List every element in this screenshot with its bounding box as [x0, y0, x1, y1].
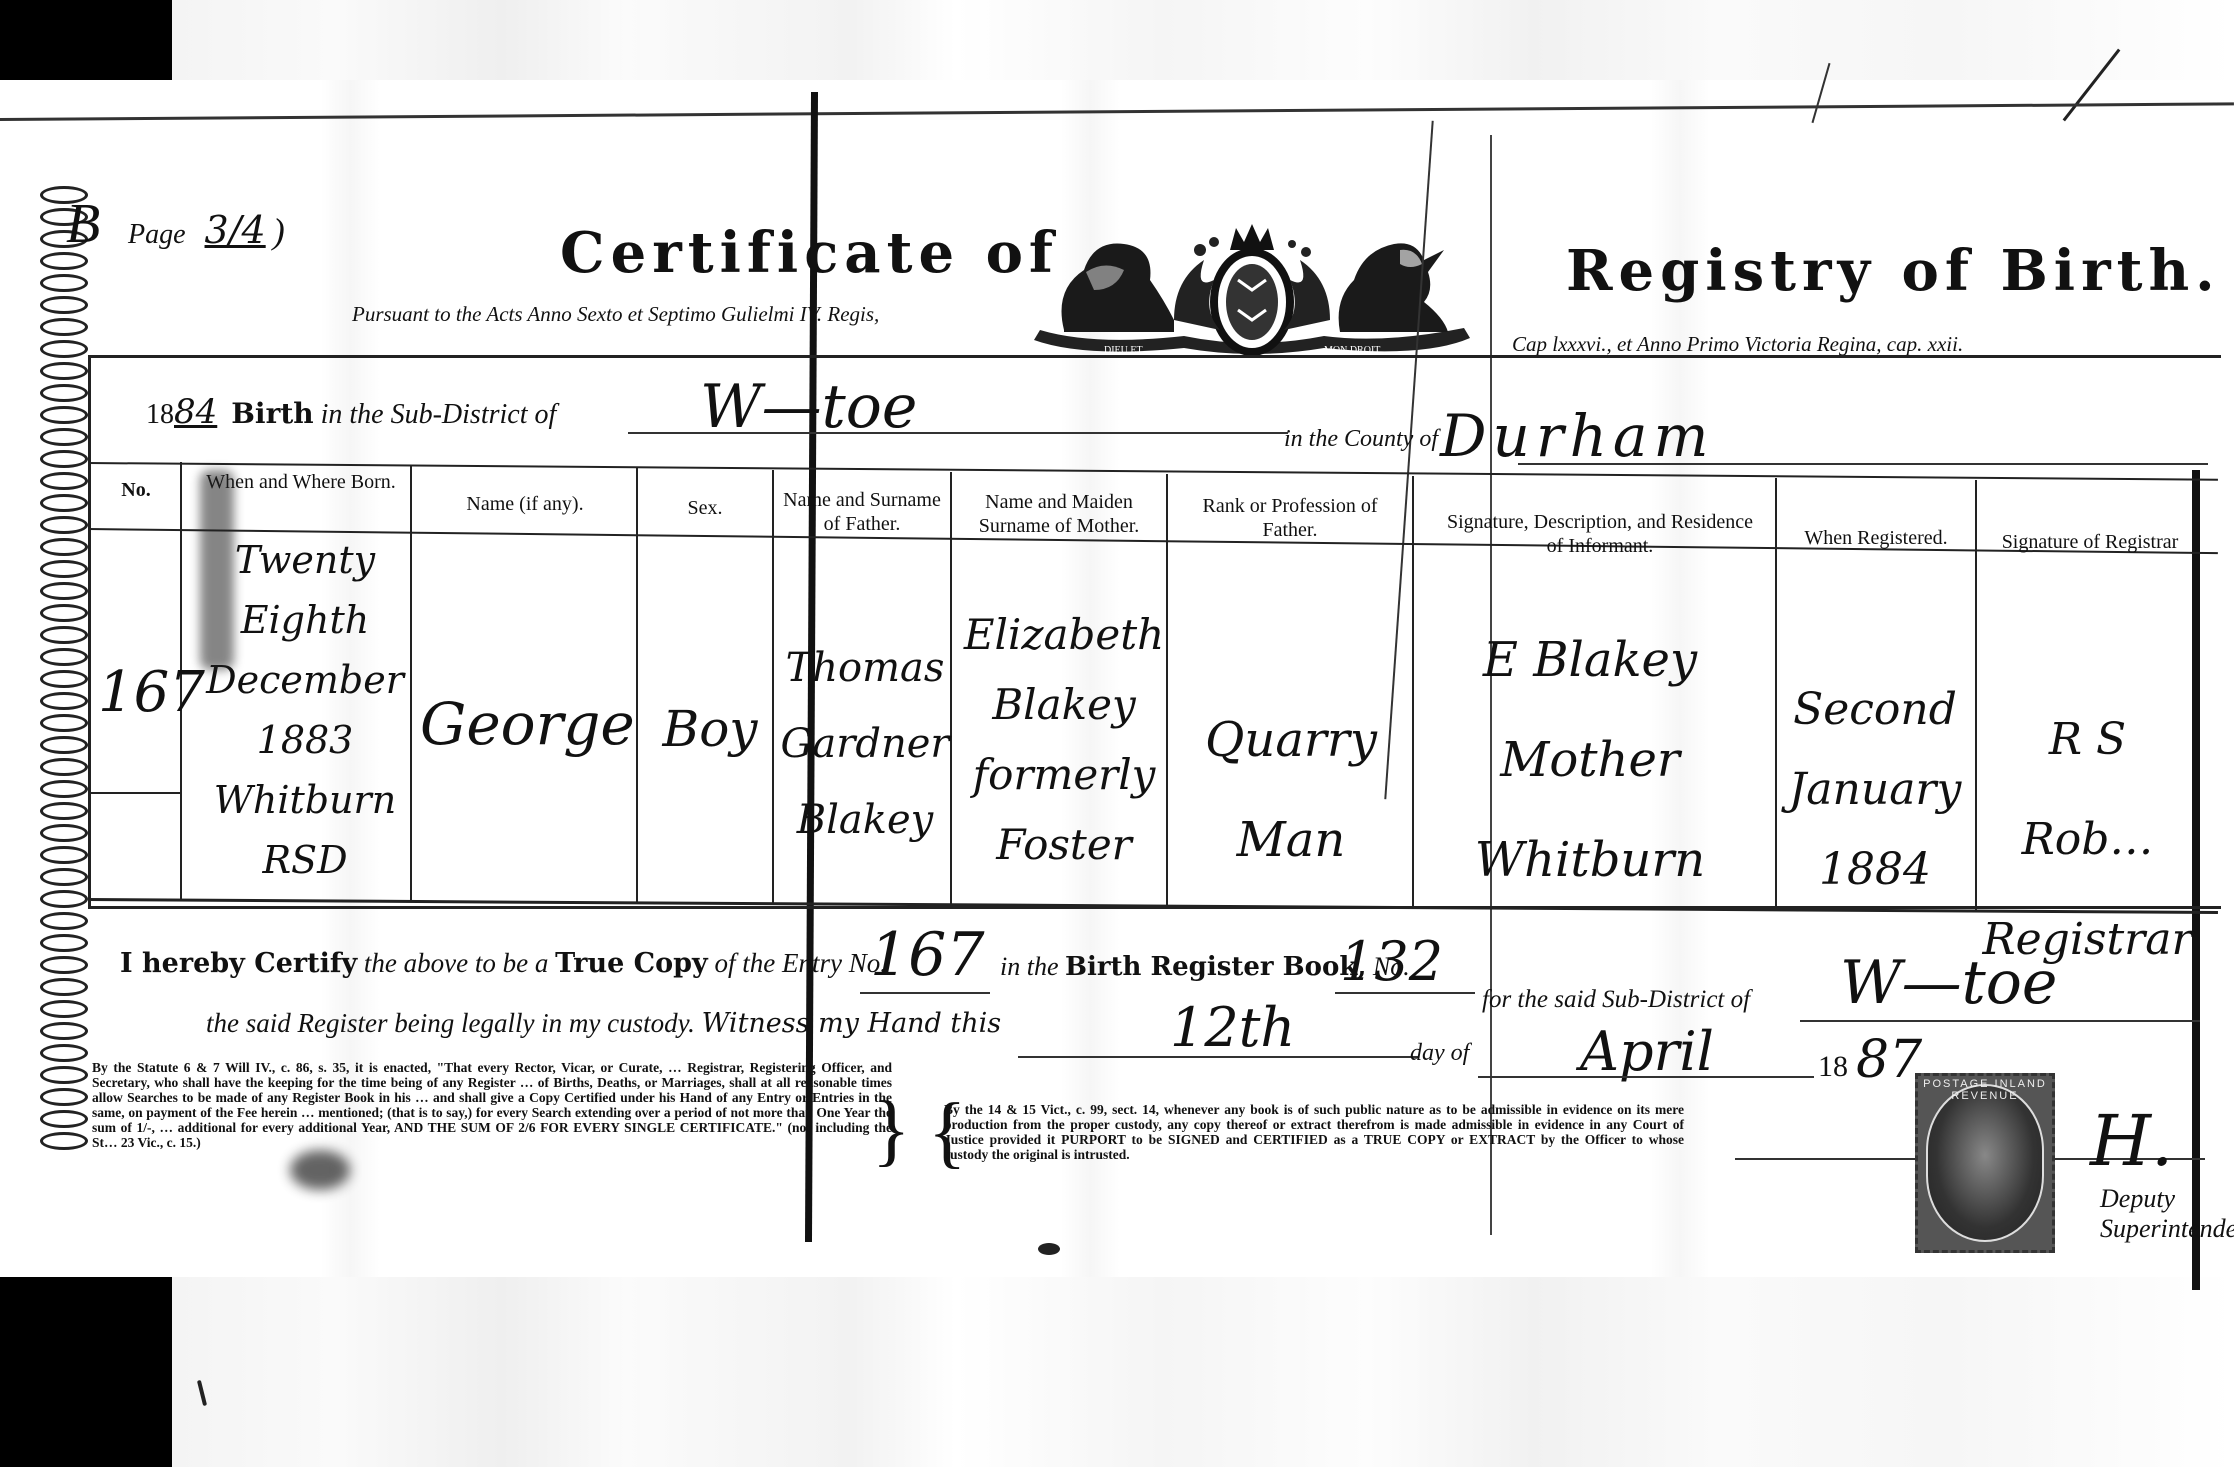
spiral-ring-icon — [40, 802, 88, 820]
spiral-ring-icon — [40, 560, 88, 578]
spiral-ring-icon — [40, 582, 88, 600]
col-divider — [1975, 480, 1977, 910]
spiral-ring-icon — [40, 758, 88, 776]
cert-sub-district-fill-line — [1800, 1020, 2200, 1022]
spiral-ring-icon — [40, 912, 88, 930]
spiral-ring-icon — [40, 890, 88, 908]
page-reference: B Page 3/4 ) — [128, 208, 285, 252]
scan-border-bottom-left — [0, 1277, 172, 1467]
entry-no-fill-line — [860, 992, 990, 994]
sub-district-label: in the Sub-District of — [321, 399, 557, 430]
col-header-informant: Signature, Description, and Residence of… — [1440, 510, 1760, 558]
margin-mark: B — [66, 192, 100, 256]
cell-informant: E Blakey Mother Whitburn — [1420, 610, 1760, 910]
spiral-ring-icon — [40, 340, 88, 358]
subtitle-acts-right: Cap lxxxvi., et Anno Primo Victoria Regi… — [1512, 332, 1963, 357]
spiral-ring-icon — [40, 1066, 88, 1084]
title-registry-of-birth: Registry of Birth. — [1566, 238, 2221, 304]
col-header-rank: Rank or Profession of Father. — [1180, 494, 1400, 542]
spiral-ring-icon — [40, 626, 88, 644]
spiral-ring-icon — [40, 1000, 88, 1018]
spiral-ring-icon — [40, 362, 88, 380]
spiral-ring-icon — [40, 406, 88, 424]
col-header-when-registered: When Registered. — [1778, 526, 1974, 550]
year-handwritten: 84 — [174, 392, 217, 432]
spiral-ring-icon — [40, 604, 88, 622]
col-divider — [1412, 476, 1414, 908]
royal-coat-of-arms-icon: DIEU ET MON DROIT — [1024, 220, 1480, 362]
day-of-label: day of — [1410, 1040, 1469, 1067]
col-header-no: No. — [92, 478, 180, 502]
cell-child-name: George — [420, 690, 630, 758]
book-no-fill-line — [1335, 992, 1475, 994]
certification-line-1: I hereby Certify the above to be a True … — [120, 948, 887, 979]
spiral-ring-icon — [40, 934, 88, 952]
spiral-ring-icon — [40, 846, 88, 864]
month-handwritten: April — [1580, 1020, 1714, 1083]
no-col-divider — [88, 792, 180, 794]
col-divider — [636, 468, 638, 904]
birth-heading-line: 1884 Birth in the Sub-District of — [146, 392, 556, 432]
cell-father-name: Thomas Gardner Blakey — [770, 630, 960, 858]
spiral-ring-icon — [40, 956, 88, 974]
spiral-ring-icon — [40, 648, 88, 666]
county-handwritten: Durham — [1440, 402, 1715, 470]
col-header-father: Name and Surname of Father. — [776, 488, 948, 536]
spiral-ring-icon — [40, 780, 88, 798]
subtitle-acts-left: Pursuant to the Acts Anno Sexto et Septi… — [352, 302, 879, 327]
cell-entry-no: 167 — [98, 660, 178, 725]
day-handwritten: 12th — [1170, 996, 1295, 1059]
month-fill-line — [1478, 1076, 1814, 1078]
spiral-ring-icon — [40, 1044, 88, 1062]
spiral-ring-icon — [40, 274, 88, 292]
book-no-handwritten: 132 — [1340, 930, 1443, 993]
cell-sex: Boy — [640, 700, 780, 758]
signatory-title: Deputy Superintendent — [2100, 1184, 2234, 1244]
cell-father-rank: Quarry Man — [1176, 690, 1406, 890]
revenue-stamp: POSTAGE INLAND REVENUE — [1915, 1073, 2055, 1253]
cell-when-registered: Second January 1884 — [1780, 670, 1970, 910]
spiral-ring-icon — [40, 1132, 88, 1150]
county-fill-line — [1518, 463, 2208, 465]
spiral-ring-icon — [40, 318, 88, 336]
superintendent-signature: H. — [2090, 1100, 2173, 1182]
cert-year-prefix: 18 — [1818, 1050, 1848, 1084]
spiral-ring-icon — [40, 868, 88, 886]
spiral-ring-icon — [40, 978, 88, 996]
cert-sub-district-handwritten: W—toe — [1840, 948, 2057, 1018]
page-number: 3/4 — [205, 208, 266, 252]
spiral-ring-icon — [40, 516, 88, 534]
spiral-ring-icon — [40, 494, 88, 512]
cell-registrar-signature: R S Rob… Registrar — [1980, 690, 2195, 990]
cell-mother-name: Elizabeth Blakey formerly Foster — [954, 600, 1174, 880]
spiral-ring-icon — [40, 1022, 88, 1040]
spiral-ring-icon — [40, 1110, 88, 1128]
queen-portrait-icon — [1926, 1084, 2044, 1242]
for-sub-district-label: for the said Sub-District of — [1482, 986, 1750, 1014]
col-header-mother: Name and Maiden Surname of Mother. — [954, 490, 1164, 538]
col-header-registrar: Signature of Registrar — [1980, 530, 2200, 554]
ink-speck — [1038, 1243, 1060, 1255]
birth-label: Birth — [231, 397, 313, 430]
page-label: Page — [128, 219, 186, 250]
spiral-ring-icon — [40, 692, 88, 710]
spiral-ring-icon — [40, 714, 88, 732]
col-header-name: Name (if any). — [420, 492, 630, 516]
scan-border-top-left — [0, 0, 172, 80]
county-label: in the County of — [1284, 426, 1438, 453]
spiral-ring-icon — [40, 384, 88, 402]
col-header-sex: Sex. — [640, 496, 770, 520]
spiral-ring-icon — [40, 736, 88, 754]
spiral-ring-icon — [40, 296, 88, 314]
entry-no-handwritten: 167 — [870, 920, 985, 990]
spiral-ring-icon — [40, 450, 88, 468]
brace-symbol: } — [872, 1090, 910, 1170]
ink-smudge — [290, 1150, 350, 1190]
year-prefix: 18 — [146, 399, 174, 430]
spiral-ring-icon — [40, 472, 88, 490]
statute-note-left: By the Statute 6 & 7 Will IV., c. 86, s.… — [92, 1060, 892, 1150]
statute-note-right: By the 14 & 15 Vict., c. 99, sect. 14, w… — [944, 1102, 1684, 1162]
spiral-ring-icon — [40, 670, 88, 688]
spiral-ring-icon — [40, 1088, 88, 1106]
sub-district-handwritten: W—toe — [700, 372, 917, 442]
ink-smudge — [200, 470, 234, 670]
spiral-ring-icon — [40, 428, 88, 446]
spiral-ring-icon — [40, 824, 88, 842]
cert-year-handwritten: 87 — [1856, 1030, 1922, 1090]
col-divider — [1775, 478, 1777, 908]
certification-line-2: the said Register being legally in my cu… — [206, 1008, 1001, 1039]
spiral-ring-icon — [40, 538, 88, 556]
